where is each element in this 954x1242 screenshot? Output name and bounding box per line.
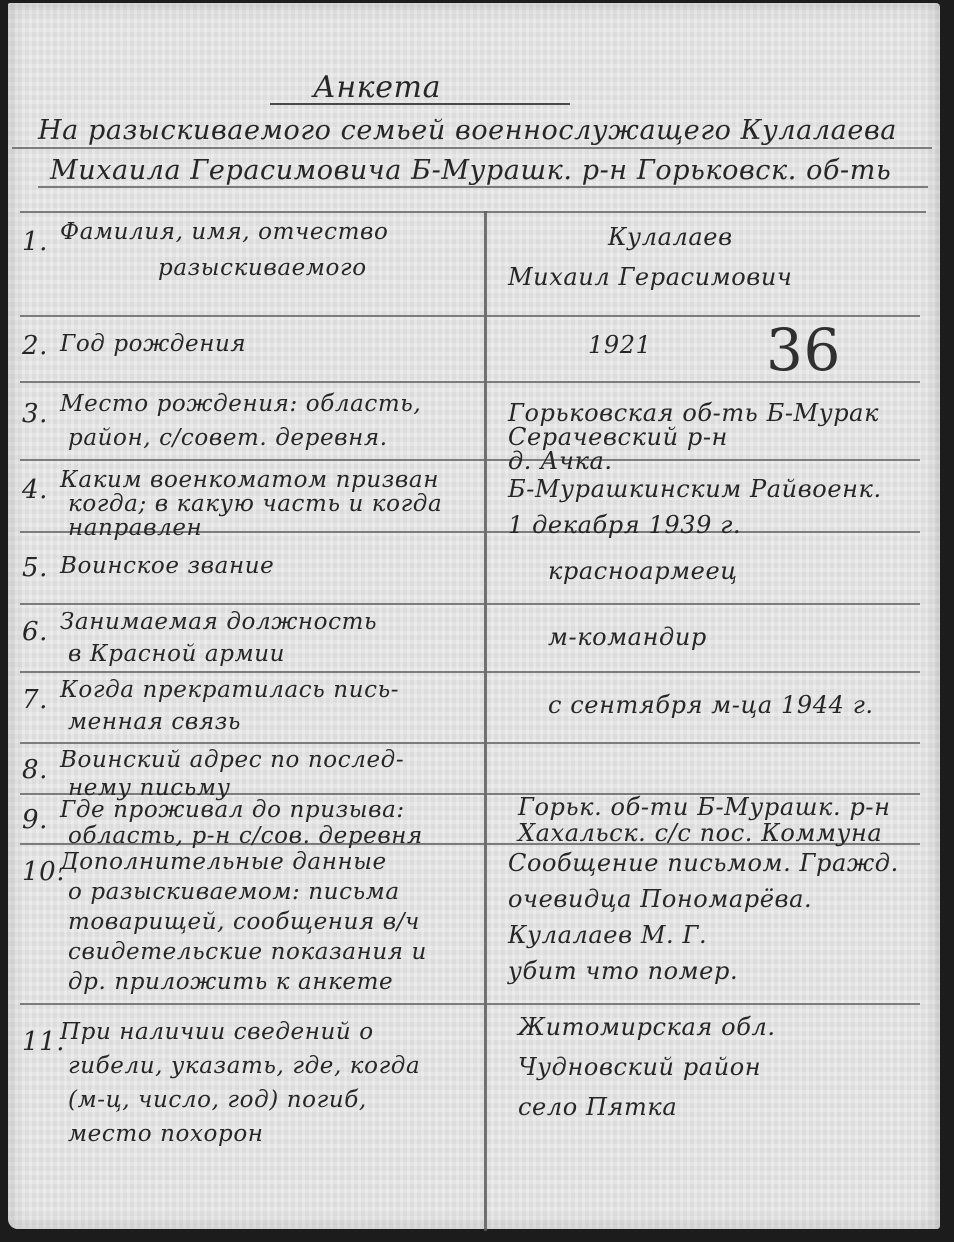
answer-text: Михаил Герасимович <box>508 265 792 289</box>
row-number: 11. <box>22 1029 65 1055</box>
row-divider <box>20 603 920 605</box>
document-subtitle-line2: Михаила Герасимовича Б-Мурашк. р-н Горьк… <box>50 157 891 184</box>
row-number: 7. <box>22 687 48 713</box>
question-text: др. приложить к анкете <box>68 971 393 994</box>
question-text: Воинское звание <box>60 555 274 578</box>
question-text: Воинский адрес по послед- <box>60 749 404 772</box>
row-number: 10. <box>22 859 65 885</box>
answer-text: красноармеец <box>548 559 738 583</box>
rule-line <box>12 147 932 149</box>
answer-text: Хахальск. с/с пос. Коммуна <box>518 821 882 845</box>
question-text: Место рождения: область, <box>60 393 421 416</box>
row-number: 4. <box>22 477 48 503</box>
question-text: в Красной армии <box>68 643 285 666</box>
question-text: свидетельские показания и <box>68 941 427 964</box>
question-text: о разыскиваемом: письма <box>68 881 400 904</box>
answer-text: Житомирская обл. <box>518 1015 776 1039</box>
archive-mark: 36 <box>766 321 841 379</box>
question-text: При наличии сведений о <box>60 1021 374 1044</box>
question-text: место похорон <box>68 1123 264 1146</box>
answer-text: Б-Мурашкинским Райвоенк. <box>508 477 882 501</box>
answer-text: убит что помер. <box>508 959 738 983</box>
answer-text: Горьковская об-ть Б-Мурак <box>508 401 879 425</box>
question-text: когда; в какую часть и когда <box>68 493 442 516</box>
answer-text: село Пятка <box>518 1095 677 1119</box>
row-divider <box>20 1003 920 1005</box>
question-text: менная связь <box>68 711 241 734</box>
question-text: Где проживал до призыва: <box>60 799 405 822</box>
row-number: 8. <box>22 757 48 783</box>
question-text: направлен <box>68 517 202 540</box>
rule-line <box>38 186 928 188</box>
answer-text: Кулалаев <box>608 225 733 249</box>
question-text: (м-ц, число, год) погиб, <box>68 1089 367 1112</box>
question-text: Каким военкоматом призван <box>60 469 439 492</box>
answer-text: 1921 <box>588 333 651 357</box>
question-text: область, р-н с/сов. деревня <box>68 825 423 848</box>
answer-text: Серачевский р-н <box>508 425 728 449</box>
answer-text: Сообщение письмом. Гражд. <box>508 851 899 875</box>
row-number: 5. <box>22 555 48 581</box>
document-subtitle-line1: На разыскиваемого семьей военнослужащего… <box>38 117 897 144</box>
row-number: 3. <box>22 401 48 427</box>
row-number: 9. <box>22 807 48 833</box>
question-text: Дополнительные данные <box>60 851 387 874</box>
question-text: Занимаемая должность <box>60 611 377 634</box>
answer-text: очевидца Пономарёва. <box>508 887 812 911</box>
row-number: 6. <box>22 619 48 645</box>
column-divider <box>484 211 487 1231</box>
answer-text: Кулалаев М. Г. <box>508 923 707 947</box>
row-divider <box>20 459 920 461</box>
question-text: Когда прекратилась пись- <box>60 679 399 702</box>
row-number: 2. <box>22 333 48 359</box>
question-text: гибели, указать, где, когда <box>68 1055 420 1078</box>
answer-text: 1 декабря 1939 г. <box>508 513 741 537</box>
question-text: разыскиваемого <box>158 257 367 280</box>
table-top-line <box>20 211 926 213</box>
title-underline <box>270 103 570 105</box>
row-number: 1. <box>22 229 48 255</box>
document-title: Анкета <box>313 73 441 103</box>
question-text: товарищей, сообщения в/ч <box>68 911 420 934</box>
question-text: Фамилия, имя, отчество <box>60 221 388 244</box>
row-divider <box>20 671 920 673</box>
questionnaire-sheet: Анкета На разыскиваемого семьей военносл… <box>8 3 940 1229</box>
answer-text: д. Ачка. <box>508 449 613 473</box>
answer-text: м-командир <box>548 625 707 649</box>
answer-text: Чудновский район <box>518 1055 761 1079</box>
question-text: район, с/совет. деревня. <box>68 427 388 450</box>
question-text: Год рождения <box>60 333 246 356</box>
row-divider <box>20 742 920 744</box>
answer-text: Горьк. об-ти Б-Мурашк. р-н <box>518 795 891 819</box>
answer-text: с сентября м-ца 1944 г. <box>548 693 874 717</box>
